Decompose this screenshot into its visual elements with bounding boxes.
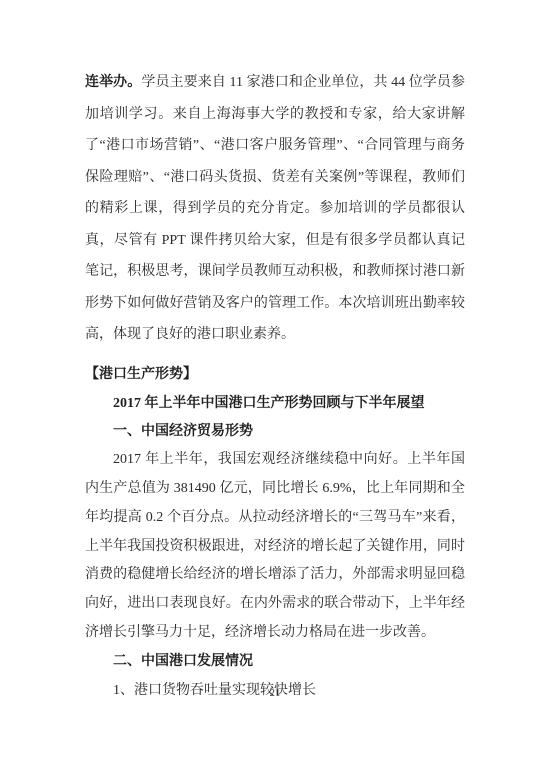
- paragraph-text: 学员主要来自 11 家港口和企业单位，共 44 位学员参加培训学习。来自上海海事…: [85, 75, 465, 342]
- heading-port-development: 二、中国港口发展情况: [113, 648, 465, 677]
- page-number: 21: [0, 686, 550, 700]
- document-page: 连举办。学员主要来自 11 家港口和企业单位，共 44 位学员参加培训学习。来自…: [0, 0, 550, 759]
- paragraph-bold-lead: 连举办。: [85, 75, 141, 90]
- body-paragraph-training: 连举办。学员主要来自 11 家港口和企业单位，共 44 位学员参加培训学习。来自…: [85, 67, 465, 351]
- heading-economy-trade: 一、中国经济贸易形势: [113, 418, 465, 447]
- article-title: 2017 年上半年中国港口生产形势回顾与下半年展望: [113, 389, 465, 418]
- section-header-port-production: 【港口生产形势】: [85, 360, 465, 389]
- body-paragraph-economy: 2017 年上半年，我国宏观经济继续稳中向好。上半年国内生产总值为 381490…: [85, 446, 465, 648]
